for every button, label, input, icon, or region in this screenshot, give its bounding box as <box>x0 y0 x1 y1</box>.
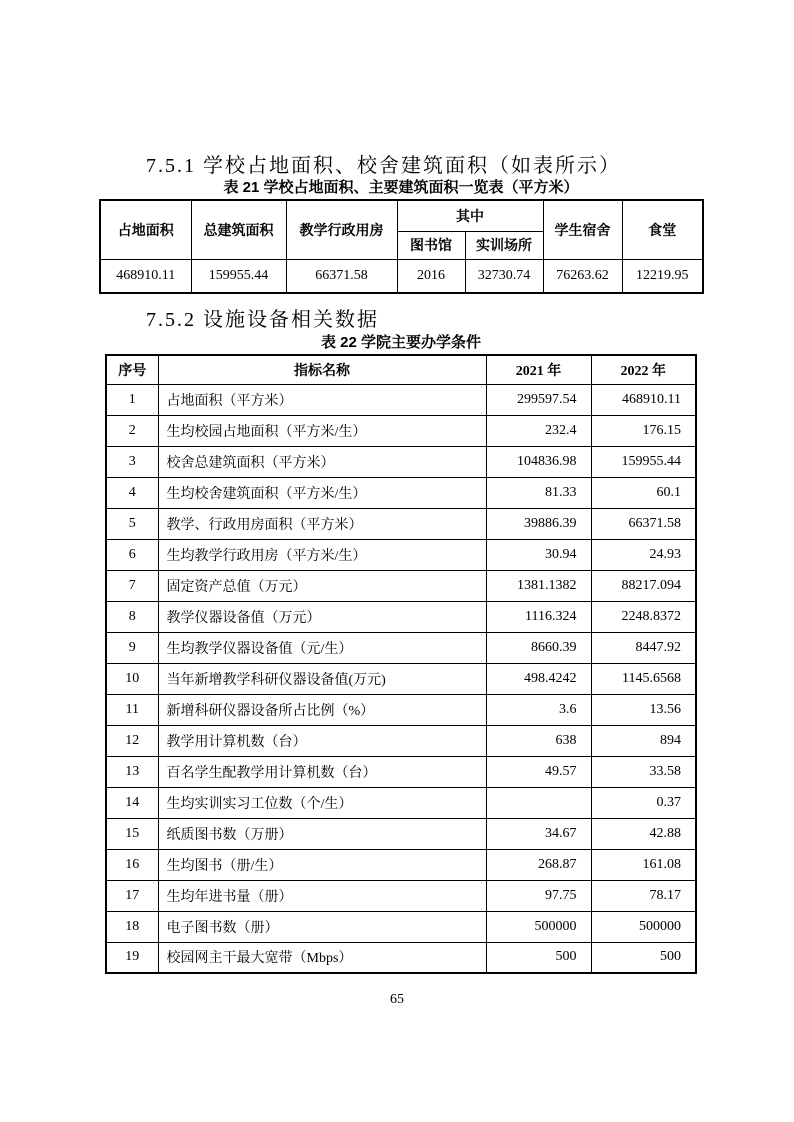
t21-value-training-places: 32730.74 <box>465 259 543 293</box>
value-2021: 81.33 <box>486 477 591 508</box>
t21-header-among-which: 其中 <box>397 200 543 231</box>
value-2021: 1116.324 <box>486 601 591 632</box>
row-no: 5 <box>106 508 158 539</box>
t21-header-library: 图书馆 <box>397 231 465 259</box>
row-no: 9 <box>106 632 158 663</box>
value-2022: 8447.92 <box>591 632 696 663</box>
t21-header-land-area: 占地面积 <box>100 200 191 259</box>
value-2022: 1145.6568 <box>591 663 696 694</box>
indicator-name: 教学用计算机数（台） <box>158 725 486 756</box>
value-2021: 500 <box>486 942 591 973</box>
row-no: 7 <box>106 570 158 601</box>
indicator-name: 生均图书（册/生） <box>158 849 486 880</box>
row-no: 10 <box>106 663 158 694</box>
value-2022: 0.37 <box>591 787 696 818</box>
value-2022: 468910.11 <box>591 384 696 415</box>
t22-header-2022: 2022 年 <box>591 355 696 384</box>
value-2022: 42.88 <box>591 818 696 849</box>
table-row: 5 教学、行政用房面积（平方米） 39886.39 66371.58 <box>106 508 696 539</box>
row-no: 15 <box>106 818 158 849</box>
t21-value-total-building-area: 159955.44 <box>191 259 286 293</box>
row-no: 12 <box>106 725 158 756</box>
table-row: 11 新增科研仪器设备所占比例（%） 3.6 13.56 <box>106 694 696 725</box>
row-no: 2 <box>106 415 158 446</box>
indicator-name: 新增科研仪器设备所占比例（%） <box>158 694 486 725</box>
table21-header-row-1: 占地面积 总建筑面积 教学行政用房 其中 学生宿舍 食堂 <box>100 200 703 231</box>
row-no: 3 <box>106 446 158 477</box>
table-row: 10 当年新增教学科研仪器设备值(万元) 498.4242 1145.6568 <box>106 663 696 694</box>
t22-header-no: 序号 <box>106 355 158 384</box>
value-2022: 13.56 <box>591 694 696 725</box>
value-2022: 24.93 <box>591 539 696 570</box>
value-2021: 232.4 <box>486 415 591 446</box>
table-row: 17 生均年进书量（册） 97.75 78.17 <box>106 880 696 911</box>
indicator-name: 占地面积（平方米） <box>158 384 486 415</box>
value-2022: 500 <box>591 942 696 973</box>
indicator-name: 生均年进书量（册） <box>158 880 486 911</box>
indicator-name: 百名学生配教学用计算机数（台） <box>158 756 486 787</box>
indicator-name: 电子图书数（册） <box>158 911 486 942</box>
value-2021: 8660.39 <box>486 632 591 663</box>
table-row: 7 固定资产总值（万元） 1381.1382 88217.094 <box>106 570 696 601</box>
t21-header-canteen: 食堂 <box>622 200 703 259</box>
value-2021: 49.57 <box>486 756 591 787</box>
value-2022: 88217.094 <box>591 570 696 601</box>
value-2021: 498.4242 <box>486 663 591 694</box>
row-no: 13 <box>106 756 158 787</box>
t22-header-2021: 2021 年 <box>486 355 591 384</box>
table-row: 12 教学用计算机数（台） 638 894 <box>106 725 696 756</box>
row-no: 17 <box>106 880 158 911</box>
t21-value-land-area: 468910.11 <box>100 259 191 293</box>
value-2022: 33.58 <box>591 756 696 787</box>
row-no: 1 <box>106 384 158 415</box>
table-row: 16 生均图书（册/生） 268.87 161.08 <box>106 849 696 880</box>
t21-header-total-building-area: 总建筑面积 <box>191 200 286 259</box>
value-2021: 299597.54 <box>486 384 591 415</box>
indicator-name: 生均实训实习工位数（个/生） <box>158 787 486 818</box>
row-no: 18 <box>106 911 158 942</box>
value-2021: 97.75 <box>486 880 591 911</box>
indicator-name: 生均校园占地面积（平方米/生） <box>158 415 486 446</box>
table21-land-building-area: 占地面积 总建筑面积 教学行政用房 其中 学生宿舍 食堂 图书馆 实训场所 46… <box>99 199 704 294</box>
value-2022: 60.1 <box>591 477 696 508</box>
value-2021: 3.6 <box>486 694 591 725</box>
document-page: 7.5.1 学校占地面积、校舍建筑面积（如表所示） 表 21 学校占地面积、主要… <box>0 0 794 1122</box>
value-2021: 1381.1382 <box>486 570 591 601</box>
value-2022: 2248.8372 <box>591 601 696 632</box>
indicator-name: 当年新增教学科研仪器设备值(万元) <box>158 663 486 694</box>
t21-value-library: 2016 <box>397 259 465 293</box>
table-row: 13 百名学生配教学用计算机数（台） 49.57 33.58 <box>106 756 696 787</box>
indicator-name: 生均教学行政用房（平方米/生） <box>158 539 486 570</box>
t21-header-dormitory: 学生宿舍 <box>543 200 622 259</box>
table-row: 14 生均实训实习工位数（个/生） 0.37 <box>106 787 696 818</box>
table-row: 2 生均校园占地面积（平方米/生） 232.4 176.15 <box>106 415 696 446</box>
t21-value-teaching-admin: 66371.58 <box>286 259 397 293</box>
table-row: 6 生均教学行政用房（平方米/生） 30.94 24.93 <box>106 539 696 570</box>
section-heading-752: 7.5.2 设施设备相关数据 <box>146 303 379 332</box>
indicator-name: 教学仪器设备值（万元） <box>158 601 486 632</box>
table21-caption: 表 21 学校占地面积、主要建筑面积一览表（平方米） <box>99 176 703 197</box>
value-2021: 34.67 <box>486 818 591 849</box>
t21-header-teaching-admin: 教学行政用房 <box>286 200 397 259</box>
row-no: 19 <box>106 942 158 973</box>
table-row: 1 占地面积（平方米） 299597.54 468910.11 <box>106 384 696 415</box>
row-no: 4 <box>106 477 158 508</box>
indicator-name: 生均教学仪器设备值（元/生） <box>158 632 486 663</box>
indicator-name: 生均校舍建筑面积（平方米/生） <box>158 477 486 508</box>
indicator-name: 校舍总建筑面积（平方米） <box>158 446 486 477</box>
page-number: 65 <box>0 992 794 1008</box>
value-2021: 30.94 <box>486 539 591 570</box>
table-row: 19 校园网主干最大宽带（Mbps） 500 500 <box>106 942 696 973</box>
row-no: 8 <box>106 601 158 632</box>
value-2022: 500000 <box>591 911 696 942</box>
table-row: 18 电子图书数（册） 500000 500000 <box>106 911 696 942</box>
value-2021: 500000 <box>486 911 591 942</box>
indicator-name: 校园网主干最大宽带（Mbps） <box>158 942 486 973</box>
value-2021: 638 <box>486 725 591 756</box>
table-row: 9 生均教学仪器设备值（元/生） 8660.39 8447.92 <box>106 632 696 663</box>
t21-value-dormitory: 76263.62 <box>543 259 622 293</box>
table-row: 4 生均校舍建筑面积（平方米/生） 81.33 60.1 <box>106 477 696 508</box>
value-2022: 176.15 <box>591 415 696 446</box>
value-2021 <box>486 787 591 818</box>
row-no: 16 <box>106 849 158 880</box>
table-row: 15 纸质图书数（万册） 34.67 42.88 <box>106 818 696 849</box>
value-2022: 159955.44 <box>591 446 696 477</box>
table22-caption: 表 22 学院主要办学条件 <box>99 331 703 352</box>
table-row: 3 校舍总建筑面积（平方米） 104836.98 159955.44 <box>106 446 696 477</box>
value-2022: 66371.58 <box>591 508 696 539</box>
value-2022: 894 <box>591 725 696 756</box>
table21-data-row: 468910.11 159955.44 66371.58 2016 32730.… <box>100 259 703 293</box>
row-no: 11 <box>106 694 158 725</box>
table22-school-conditions: 序号 指标名称 2021 年 2022 年 1 占地面积（平方米） 299597… <box>105 354 697 974</box>
indicator-name: 教学、行政用房面积（平方米） <box>158 508 486 539</box>
value-2021: 268.87 <box>486 849 591 880</box>
value-2022: 161.08 <box>591 849 696 880</box>
value-2022: 78.17 <box>591 880 696 911</box>
row-no: 6 <box>106 539 158 570</box>
value-2021: 39886.39 <box>486 508 591 539</box>
t21-value-canteen: 12219.95 <box>622 259 703 293</box>
value-2021: 104836.98 <box>486 446 591 477</box>
table-row: 8 教学仪器设备值（万元） 1116.324 2248.8372 <box>106 601 696 632</box>
indicator-name: 固定资产总值（万元） <box>158 570 486 601</box>
row-no: 14 <box>106 787 158 818</box>
t22-header-indicator: 指标名称 <box>158 355 486 384</box>
table22-header-row: 序号 指标名称 2021 年 2022 年 <box>106 355 696 384</box>
indicator-name: 纸质图书数（万册） <box>158 818 486 849</box>
section-heading-751: 7.5.1 学校占地面积、校舍建筑面积（如表所示） <box>146 149 621 178</box>
t21-header-training-places: 实训场所 <box>465 231 543 259</box>
